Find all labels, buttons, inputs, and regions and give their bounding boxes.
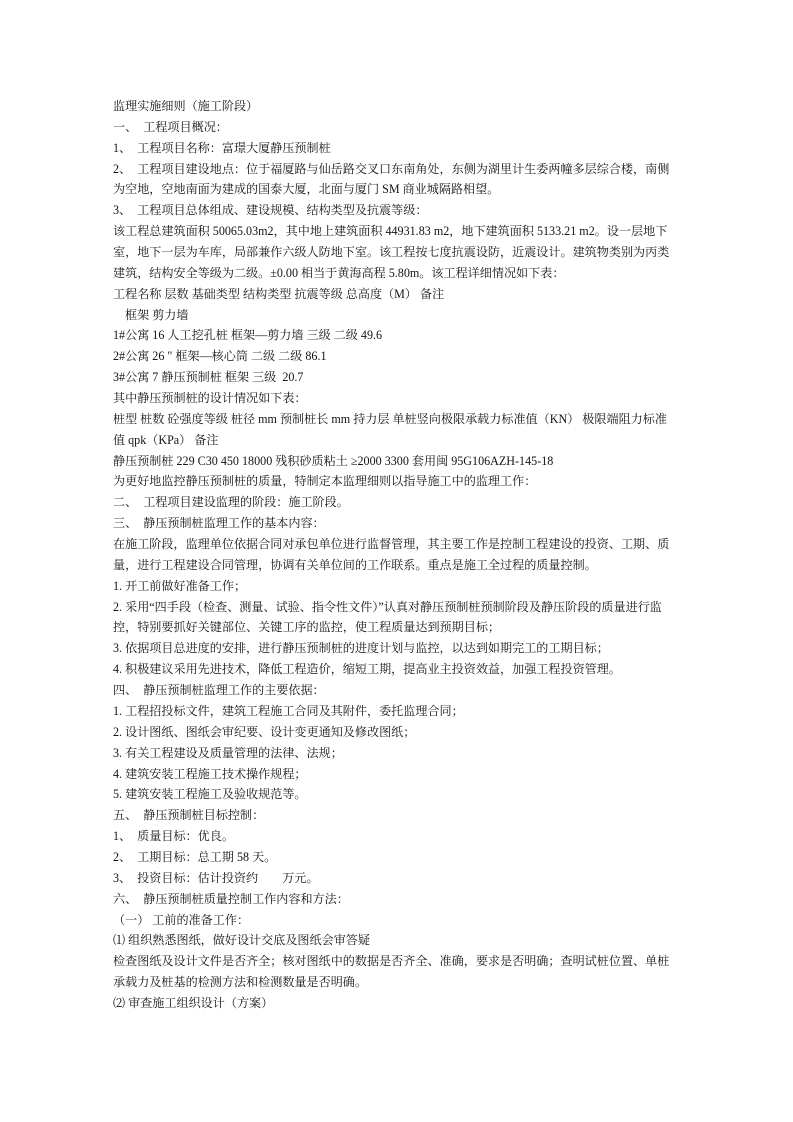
- text-line: 4. 积极建议采用先进技术，降低工程造价，缩短工期，提高业主投资效益，加强工程投…: [113, 659, 679, 680]
- text-line: 3、 投资目标：估计投资约 万元。: [113, 868, 679, 889]
- text-line: 该工程总建筑面积 50065.03m2，其中地上建筑面积 44931.83 m2…: [113, 221, 679, 242]
- text-line: 2#公寓 26 " 框架—核心筒 二级 二级 86.1: [113, 346, 679, 367]
- text-line: （一） 工前的准备工作：: [113, 910, 679, 931]
- text-line: 3、 工程项目总体组成、建设规模、结构类型及抗震等级：: [113, 200, 679, 221]
- text-line: 检查图纸及设计文件是否齐全；核对图纸中的数据是否齐全、准确，要求是否明确；查明试…: [113, 951, 679, 972]
- text-line: 建筑，结构安全等级为二级。±0.00 相当于黄海高程 5.80m。该工程详细情况…: [113, 263, 679, 284]
- text-line: 量，进行工程建设合同管理，协调有关单位间的工作联系。重点是施工全过程的质量控制。: [113, 555, 679, 576]
- text-line: 2. 采用“四手段（检查、测量、试验、指令性文件）”认真对静压预制桩预制阶段及静…: [113, 597, 679, 618]
- text-line: 二、 工程项目建设监理的阶段：施工阶段。: [113, 492, 679, 513]
- text-line: 2. 设计图纸、图纸会审纪要、设计变更通知及修改图纸；: [113, 722, 679, 743]
- text-line: ⑵ 审查施工组织设计（方案）: [113, 993, 679, 1014]
- text-line: 三、 静压预制桩监理工作的基本内容：: [113, 513, 679, 534]
- text-line: 1#公寓 16 人工挖孔桩 框架—剪力墙 三级 二级 49.6: [113, 325, 679, 346]
- text-line: 六、 静压预制桩质量控制工作内容和方法：: [113, 889, 679, 910]
- text-line: 框架 剪力墙: [113, 305, 679, 326]
- text-line: 其中静压预制桩的设计情况如下表：: [113, 388, 679, 409]
- text-line: 1、 工程项目名称：富璟大厦静压预制桩: [113, 138, 679, 159]
- text-line: 五、 静压预制桩目标控制：: [113, 805, 679, 826]
- text-line: 四、 静压预制桩监理工作的主要依据：: [113, 680, 679, 701]
- text-line: 3. 依据项目总进度的安排，进行静压预制桩的进度计划与监控，以达到如期完工的工期…: [113, 638, 679, 659]
- text-line: 1. 工程招投标文件，建筑工程施工合同及其附件，委托监理合同；: [113, 701, 679, 722]
- text-line: 3. 有关工程建设及质量管理的法律、法规；: [113, 743, 679, 764]
- text-line: 工程名称 层数 基础类型 结构类型 抗震等级 总高度（M） 备注: [113, 284, 679, 305]
- text-line: 承载力及桩基的检测方法和检测数量是否明确。: [113, 972, 679, 993]
- document-page: 监理实施细则（施工阶段）一、 工程项目概况：1、 工程项目名称：富璟大厦静压预制…: [0, 0, 793, 1122]
- text-line: 为更好地监控静压预制桩的质量，特制定本监理细则以指导施工中的监理工作：: [113, 471, 679, 492]
- text-line: 桩型 桩数 砼强度等级 桩径 mm 预制桩长 mm 持力层 单桩竖向极限承载力标…: [113, 409, 679, 430]
- text-line: 控，特别要抓好关键部位、关键工序的监控，使工程质量达到预期目标；: [113, 617, 679, 638]
- text-line: 4. 建筑安装工程施工技术操作规程；: [113, 764, 679, 785]
- text-line: 一、 工程项目概况：: [113, 117, 679, 138]
- text-line: 为空地，空地南面为建成的国泰大厦，北面与厦门 SM 商业城隔路相望。: [113, 179, 679, 200]
- text-line: 5. 建筑安装工程施工及验收规范等。: [113, 784, 679, 805]
- text-line: 值 qpk（KPa） 备注: [113, 430, 679, 451]
- text-line: ⑴ 组织熟悉图纸，做好设计交底及图纸会审答疑: [113, 930, 679, 951]
- text-line: 室，地下一层为车库，局部兼作六级人防地下室。该工程按七度抗震设防，近震设计。建筑…: [113, 242, 679, 263]
- text-line: 2、 工程项目建设地点：位于福厦路与仙岳路交叉口东南角处，东侧为湖里计生委两幢多…: [113, 159, 679, 180]
- document-body: 监理实施细则（施工阶段）一、 工程项目概况：1、 工程项目名称：富璟大厦静压预制…: [113, 96, 679, 1014]
- text-line: 1. 开工前做好准备工作；: [113, 576, 679, 597]
- text-line: 3#公寓 7 静压预制桩 框架 三级 20.7: [113, 367, 679, 388]
- text-line: 静压预制桩 229 C30 450 18000 残积砂质粘土 ≥2000 330…: [113, 451, 679, 472]
- text-line: 2、 工期目标：总工期 58 天。: [113, 847, 679, 868]
- document-title-line: 监理实施细则（施工阶段）: [113, 96, 679, 117]
- text-line: 在施工阶段，监理单位依据合同对承包单位进行监督管理，其主要工作是控制工程建设的投…: [113, 534, 679, 555]
- text-line: 1、 质量目标：优良。: [113, 826, 679, 847]
